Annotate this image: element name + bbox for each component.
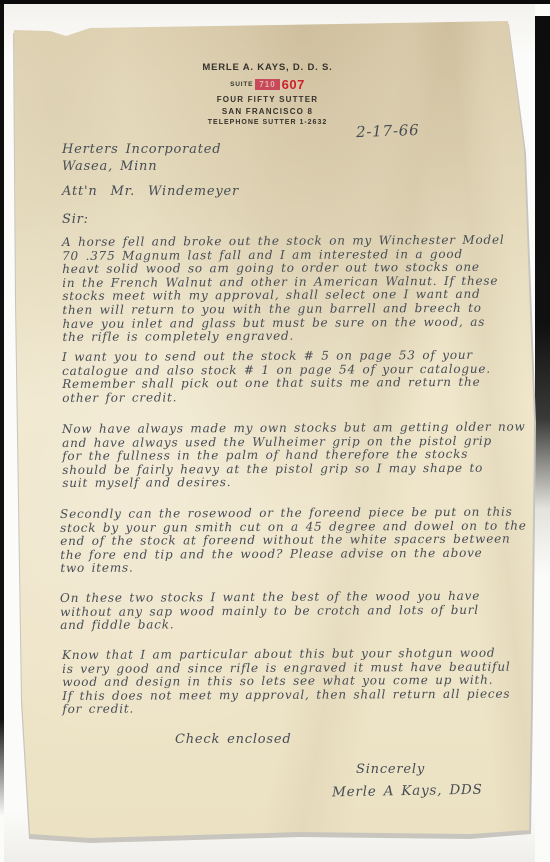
letterhead-telephone: TELEPHONE SUTTER 1-2632 [155, 119, 380, 126]
suite-number-stamped-over: 710 [255, 79, 279, 90]
enclosure-note: Check enclosed [175, 732, 292, 747]
salutation: Sir: [62, 212, 89, 227]
attention-line: Att'n Mr. Windemeyer [62, 184, 239, 199]
letterhead-city: SAN FRANCISCO 8 [155, 107, 380, 116]
recipient-address: Herters Incorporated Wasea, Minn [62, 141, 221, 175]
letterhead-street: FOUR FIFTY SUTTER [155, 95, 380, 104]
letter-page: MERLE A. KAYS, D. D. S. SUITE 710 607 FO… [0, 0, 550, 862]
letterhead-name: MERLE A. KAYS, D. D. S. [155, 62, 380, 73]
scan-border-left [0, 4, 4, 816]
suite-label: SUITE [230, 81, 253, 88]
closing: Sincerely [356, 762, 425, 777]
letter-paragraph-3: Now have always made my own stocks but a… [62, 421, 532, 491]
letter-date: 2-17-66 [356, 121, 420, 141]
signature: Merle A Kays, DDS [332, 782, 483, 801]
suite-number-new-stamp: 607 [282, 79, 305, 91]
letter-paragraph-2: I want you to send out the stock # 5 on … [62, 349, 532, 406]
letter-paragraph-1: A horse fell and broke out the stock on … [62, 234, 533, 345]
scan-border-top [0, 0, 550, 4]
letter-paragraph-6: Know that I am particular about this but… [62, 647, 532, 717]
letterhead-suite-line: SUITE 710 607 [155, 77, 380, 92]
letter-paragraph-5: On these two stocks I want the best of t… [60, 590, 530, 633]
letterhead: MERLE A. KAYS, D. D. S. SUITE 710 607 FO… [155, 62, 380, 126]
scan-border-right [535, 16, 550, 576]
letter-paragraph-4: Secondly can the rosewood or the foreend… [60, 506, 530, 576]
